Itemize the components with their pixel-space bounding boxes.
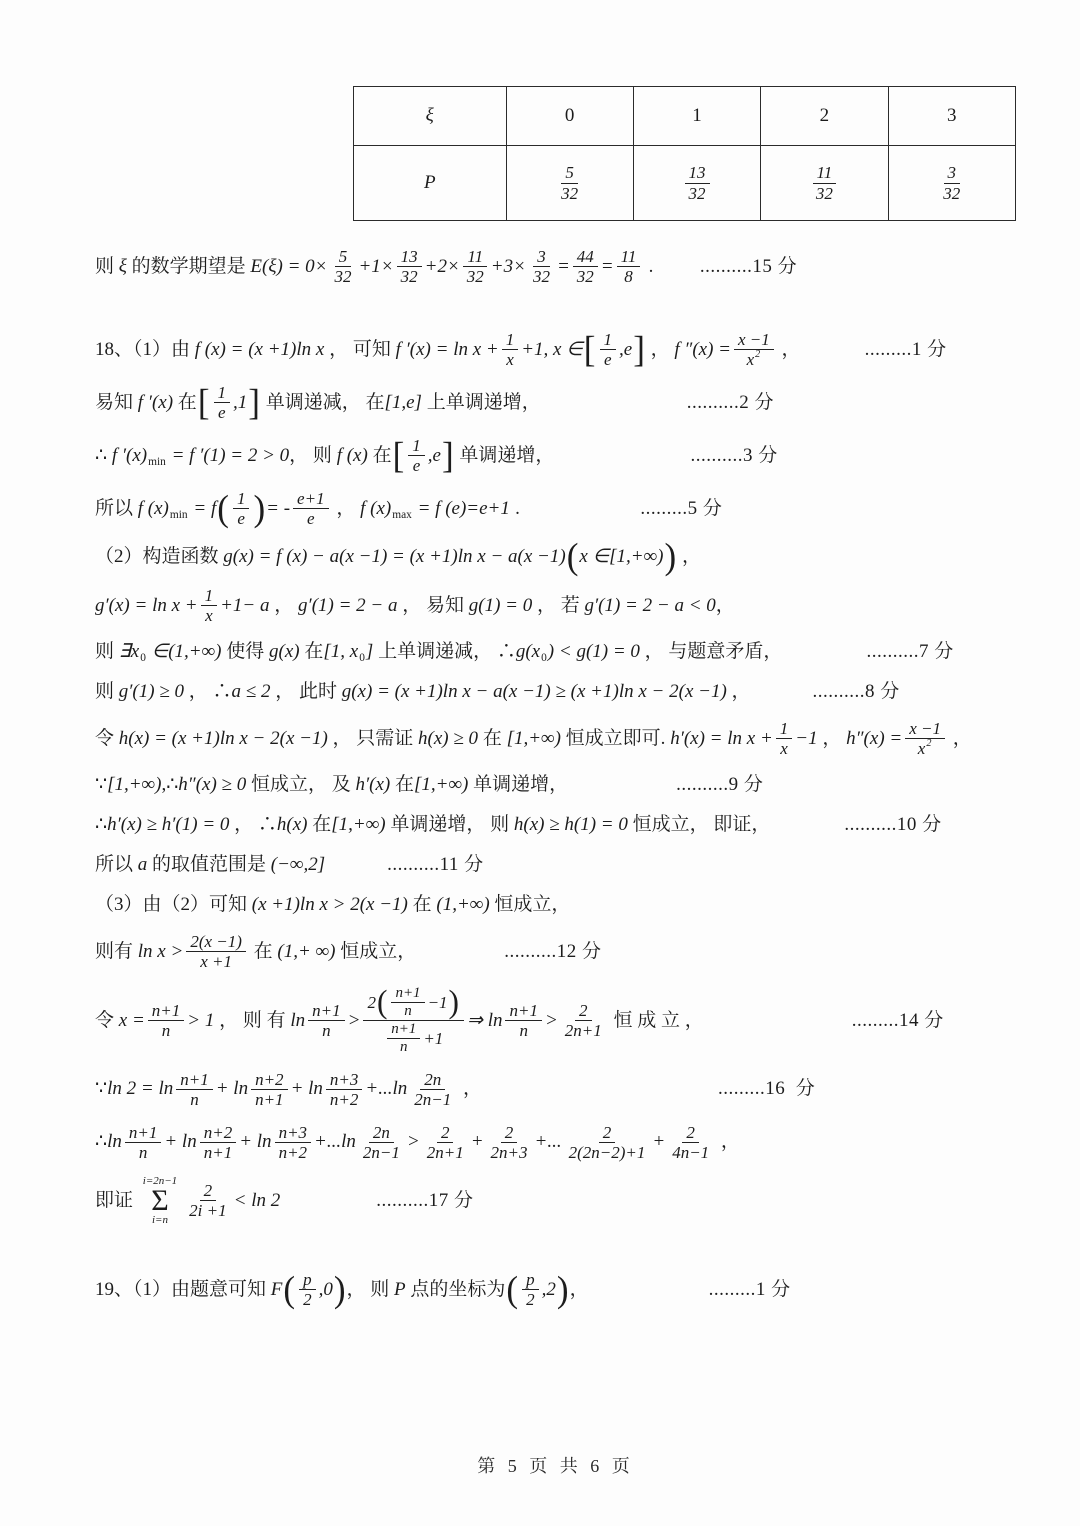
math-run: (1,+ ∞)	[277, 940, 335, 964]
superscript: 2	[755, 349, 760, 360]
subscript: max	[392, 508, 412, 522]
fraction-denominator: 32	[812, 184, 837, 203]
fraction-denominator: x	[201, 606, 217, 625]
xi-value-cell: 2	[761, 87, 888, 146]
score-mark: .........14 分	[852, 1009, 944, 1033]
fraction-denominator: n	[135, 1143, 152, 1162]
score-mark: ..........9 分	[676, 773, 763, 797]
fraction-numerator: 1	[502, 330, 519, 350]
fraction-numerator: n+1	[308, 1001, 344, 1021]
math-run: 11	[621, 247, 637, 266]
fraction: x −1x2	[734, 330, 774, 369]
solution-line: 所以 f (x)min = f(1e)= -e+1e ， f (x)max = …	[95, 489, 1016, 528]
fraction-denominator: e	[409, 456, 425, 475]
math-run: n+1	[509, 1001, 537, 1020]
fraction: 1x	[201, 586, 218, 625]
fraction-denominator: 32	[557, 184, 582, 203]
fraction: 2n2n−1	[359, 1123, 404, 1162]
solution-line: 19、（1）由题意可知 F(p2,0)， 则 P 点的坐标为(p2,2)，...…	[95, 1270, 1016, 1309]
fraction-numerator: 1	[408, 436, 425, 456]
subscript: min	[148, 455, 166, 469]
math-run: 1	[604, 330, 613, 349]
math-run: g′(x) = ln x +	[95, 594, 198, 618]
text-run: 即证	[95, 1189, 138, 1213]
text-run: 恒成立即可.	[561, 727, 670, 751]
text-run: 在	[408, 893, 437, 917]
solution-line: 易知 f ′(x) 在[1e,1] 单调递减， 在[1,e] 上单调递增，...…	[95, 383, 1016, 422]
math-run: ,1	[233, 391, 247, 415]
math-run: 1	[237, 489, 246, 508]
math-run: ,e	[619, 338, 632, 362]
solution-line: 18、（1）由 f (x) = (x +1)ln x ， 可知 f ′(x) =…	[95, 330, 1016, 369]
fraction-numerator: n+1	[387, 1021, 420, 1039]
fraction-denominator: x	[502, 350, 518, 369]
fraction: 22n+1	[561, 1001, 606, 1040]
math-run: > 1	[187, 1009, 214, 1033]
h-gap	[482, 1089, 718, 1090]
text-run: 19、（1）由题意可知	[95, 1278, 271, 1302]
page-footer: 第 5 页 共 6 页	[95, 1452, 1016, 1492]
math-run: ln	[107, 1130, 122, 1154]
score-mark: ..........12 分	[504, 940, 601, 964]
text-run: ， ∴	[229, 813, 277, 837]
text-run: ，	[270, 594, 299, 618]
h-gap	[589, 1289, 709, 1290]
text-run: 单调递增，	[468, 773, 568, 797]
math-run: 2(2n−2)+1	[569, 1143, 646, 1162]
text-run: 恒成立，	[335, 940, 416, 964]
math-run: +1, x ∈	[521, 338, 583, 362]
text-run: （3）由（2）可知	[95, 893, 252, 917]
math-run: g(x) = (x +1)ln x − a(x −1) ≥ (x +1)ln x…	[342, 680, 727, 704]
fraction-numerator: n+1	[148, 1001, 184, 1021]
math-run: h″(x) =	[846, 727, 902, 751]
math-run: ,0	[319, 1278, 333, 1302]
fraction: n+1n	[505, 1001, 541, 1040]
math-run: f (x)	[360, 497, 391, 521]
fraction: 532	[557, 163, 582, 202]
fraction: 118	[617, 247, 641, 286]
fraction-numerator: p	[522, 1270, 539, 1290]
math-run: x +1	[200, 952, 232, 971]
math-run: n+1	[180, 1070, 208, 1089]
fraction-numerator: 2n	[420, 1070, 445, 1090]
fraction-numerator: 1	[233, 489, 250, 509]
bracket: )	[449, 989, 459, 1017]
fraction: n+2n+1	[251, 1070, 287, 1109]
text-run: 上单调递增，	[422, 391, 541, 415]
text-run: ，	[777, 338, 801, 362]
document-page: ξ 0 1 2 3 P 532 1332 1132 332 则 ξ 的数学期望是…	[0, 0, 1080, 1526]
text-run: ，	[332, 497, 361, 521]
math-run: n	[404, 1003, 412, 1020]
math-run: n	[190, 1090, 199, 1109]
score-mark: ..........3 分	[690, 444, 777, 468]
xi-value-cell: 0	[506, 87, 633, 146]
fraction-denominator: x +1	[196, 952, 236, 971]
text-run: 恒成立，	[490, 893, 571, 917]
math-run: +1×	[358, 255, 393, 279]
fraction: 22i +1	[185, 1181, 230, 1220]
math-run: 2(x −1)	[190, 932, 242, 951]
text-run: ，	[458, 1077, 482, 1101]
math-run: >	[545, 1009, 558, 1033]
p-value-cell: 1332	[633, 146, 760, 221]
fraction: 1e	[408, 436, 425, 475]
math-run: (−∞,2]	[271, 853, 325, 877]
fraction-denominator: 8	[620, 267, 637, 286]
h-gap	[782, 652, 866, 653]
fraction-numerator: 2	[437, 1123, 454, 1143]
h-gap	[770, 825, 844, 826]
text-run: 在	[173, 391, 197, 415]
math-run: 8	[624, 267, 633, 286]
fraction: e+1e	[293, 489, 329, 528]
fraction: 1e	[233, 489, 250, 528]
xi-value-cell: 3	[888, 87, 1015, 146]
math-run: (x +1)ln x > 2(x −1)	[252, 893, 408, 917]
text-run: 在	[249, 940, 278, 964]
math-run: n+3	[330, 1070, 358, 1089]
h-gap	[554, 455, 690, 456]
text-run: ，	[727, 680, 751, 704]
fraction-denominator: n+1n+1	[380, 1021, 447, 1056]
text-run: ∴	[95, 444, 112, 468]
score-mark: .	[510, 497, 521, 521]
fraction: p2	[522, 1270, 539, 1309]
h-gap	[751, 692, 813, 693]
math-run: 5	[339, 247, 348, 266]
fraction-denominator: 32	[939, 184, 964, 203]
math-run: h(x) ≥ 0	[418, 727, 478, 751]
math-run: n+1	[391, 1021, 416, 1038]
bracket: ]	[248, 387, 260, 418]
p-value-cell: 1132	[761, 146, 888, 221]
h-gap	[541, 402, 687, 403]
fraction-denominator: e	[600, 350, 616, 369]
math-run: x ∈[1,+∞)	[579, 545, 663, 569]
solution-line: ∴h′(x) ≥ h′(1) = 0 ， ∴h(x) 在[1,+∞) 单调递增，…	[95, 812, 1016, 838]
fraction: n+3n+2	[275, 1123, 311, 1162]
fraction-denominator: e	[214, 403, 230, 422]
math-run: [1,+∞)	[331, 813, 385, 837]
bracket: ]	[633, 334, 645, 365]
math-run: ) < g(1) = 0	[548, 640, 640, 664]
fraction-denominator: n+1	[251, 1090, 287, 1109]
math-run: f ′(x)	[138, 391, 173, 415]
score-mark: ..........17 分	[376, 1189, 473, 1213]
solution-line: 则 g′(1) ≥ 0 ， ∴a ≤ 2 ， 此时 g(x) = (x +1)l…	[95, 679, 1016, 705]
math-run: =	[557, 255, 570, 279]
math-run: 2	[603, 1123, 612, 1142]
math-run: [1,+∞)	[507, 727, 561, 751]
math-run: +	[471, 1130, 484, 1154]
text-run: ，	[716, 594, 735, 618]
fraction: n+1n	[387, 1021, 420, 1056]
solution-line: 则 ξ 的数学期望是 E(ξ) = 0×532+1×1332+2×1132+3×…	[95, 247, 1016, 286]
text-run: ， 只需证	[328, 727, 418, 751]
math-run: p	[303, 1270, 312, 1289]
text-run: ，	[716, 1130, 740, 1154]
fraction-numerator: n+1	[391, 985, 424, 1003]
fraction-numerator: 2	[575, 1001, 592, 1021]
bracket: )	[334, 1274, 346, 1305]
fraction-denominator: x2	[914, 739, 937, 758]
fraction-denominator: 32	[529, 267, 554, 286]
h-gap	[325, 865, 387, 866]
solution-line: （3）由（2）可知 (x +1)ln x > 2(x −1) 在 (1,+∞) …	[95, 892, 1016, 918]
fraction-numerator: 2	[599, 1123, 616, 1143]
math-run: −1	[428, 993, 448, 1012]
math-run: x	[780, 739, 788, 758]
fraction-denominator: e	[303, 509, 319, 528]
math-run: 2n+1	[427, 1143, 464, 1162]
math-run: 1	[780, 719, 789, 738]
math-run: h′(x) = ln x +	[670, 727, 773, 751]
math-run: ,2	[542, 1278, 556, 1302]
text-run: ， 则 有	[214, 1009, 290, 1033]
fraction: n+1n	[308, 1001, 344, 1040]
text-run: 的数学期望是	[127, 255, 251, 279]
fraction-denominator: 32	[573, 267, 598, 286]
text-run: 则	[95, 680, 119, 704]
fraction: 1332	[685, 163, 710, 202]
math-run: ⇒ ln	[467, 1009, 502, 1033]
text-run: （2）构造函数	[95, 545, 223, 569]
solution-line: 令 h(x) = (x +1)ln x − 2(x −1) ， 只需证 h(x)…	[95, 719, 1016, 758]
fraction-numerator: x −1	[734, 330, 774, 350]
math-run: +...	[535, 1130, 562, 1154]
fraction-numerator: 44	[573, 247, 598, 267]
fraction: 2(x −1)x +1	[186, 932, 246, 971]
math-run: e+1	[297, 489, 325, 508]
math-run: −1	[795, 727, 817, 751]
math-run: x	[747, 350, 755, 369]
math-run: g(1) = 0	[469, 594, 532, 618]
math-run: = -	[266, 497, 290, 521]
score-mark: ..........7 分	[866, 640, 953, 664]
fraction: 1332	[397, 247, 422, 286]
fraction-denominator: 2n−1	[359, 1143, 404, 1162]
math-run: h(x)	[277, 813, 308, 837]
fraction-denominator: n	[318, 1021, 335, 1040]
solution-line: g′(x) = ln x +1x+1− a ， g′(1) = 2 − a ， …	[95, 586, 1016, 625]
text-run: ,∴	[161, 773, 178, 797]
math-run: ,e	[428, 444, 441, 468]
solution-line: ∵ln 2 = lnn+1n+ lnn+2n+1+ lnn+3n+2+...ln…	[95, 1070, 1016, 1109]
math-run: n+2	[204, 1123, 232, 1142]
p-value-cell: 532	[506, 146, 633, 221]
math-run: +...ln	[365, 1077, 407, 1101]
fraction: 1x	[776, 719, 793, 758]
math-run: 2	[367, 993, 376, 1012]
fraction: x −1x2	[905, 719, 945, 758]
solution-line: ∴ f ′(x)min = f ′(1) = 2 > 0， 则 f (x) 在[…	[95, 436, 1016, 475]
subscript: 0	[541, 651, 547, 665]
math-run: ln 2 = ln	[107, 1077, 173, 1101]
text-run: ，	[818, 727, 847, 751]
subscript: min	[170, 508, 188, 522]
math-run: x	[506, 350, 514, 369]
math-run: 32	[533, 267, 550, 286]
text-run: 则	[95, 255, 119, 279]
math-run: h′(x)	[355, 773, 390, 797]
math-run: + ln	[239, 1130, 271, 1154]
math-run: n+3	[279, 1123, 307, 1142]
text-run: 单调递减， 在	[261, 391, 385, 415]
bracket: (	[567, 542, 579, 573]
math-run: h(x) ≥ h(1) = 0	[514, 813, 628, 837]
math-run: ln x >	[138, 940, 184, 964]
math-run: 2	[303, 1290, 312, 1309]
math-run: e	[604, 350, 612, 369]
math-run: [1, x	[323, 640, 358, 664]
math-run: (1,+∞)	[436, 893, 489, 917]
fraction-denominator: 32	[463, 267, 488, 286]
fraction-denominator: 32	[397, 267, 422, 286]
text-run: 则	[95, 640, 119, 664]
math-run: f ′(x)	[112, 444, 147, 468]
fraction: n+1n	[176, 1070, 212, 1109]
fraction-denominator: n	[158, 1021, 175, 1040]
text-run: 恒成立， 即证，	[628, 813, 771, 837]
score-mark: ..........8 分	[813, 680, 900, 704]
math-run: 11	[467, 247, 483, 266]
fraction-numerator: 13	[685, 163, 710, 183]
xi-value-cell: 1	[633, 87, 760, 146]
fraction-denominator: 2n+3	[487, 1143, 532, 1162]
math-run: f (x)	[138, 497, 169, 521]
text-run: ∴	[95, 813, 107, 837]
fraction-numerator: n+1	[505, 1001, 541, 1021]
fraction-numerator: 11	[813, 163, 837, 183]
math-run: +3×	[491, 255, 526, 279]
text-run: 恒 成 立 ，	[609, 1009, 704, 1033]
fraction-numerator: 11	[617, 247, 641, 267]
text-run: ，	[570, 1278, 589, 1302]
fraction-numerator: 2	[200, 1181, 217, 1201]
solution-line: 令 x =n+1n> 1 ， 则 有 lnn+1n>2(n+1n−1)n+1n+…	[95, 985, 1016, 1055]
text-run: 所以	[95, 497, 138, 521]
text-run: ， ∴	[184, 680, 232, 704]
fraction-numerator: e+1	[293, 489, 329, 509]
fraction-denominator: 2n+1	[561, 1021, 606, 1040]
math-run: 2	[204, 1181, 213, 1200]
math-run: x −1	[909, 719, 941, 738]
solution-line: 即证 i=2n−1Σi=n22i +1< ln 2..........17 分	[95, 1176, 1016, 1227]
math-run: a	[138, 853, 148, 877]
h-gap	[568, 785, 676, 786]
math-run: 4n−1	[672, 1143, 709, 1162]
math-run: + ln	[164, 1130, 196, 1154]
math-run: 1	[412, 436, 421, 455]
math-run: n	[400, 1039, 408, 1056]
fraction-numerator: 1	[201, 586, 218, 606]
math-run: 2n+3	[491, 1143, 528, 1162]
score-mark: .........1 分	[709, 1278, 791, 1302]
math-run: f ′(x) = ln x +	[396, 338, 499, 362]
fraction-numerator: 5	[561, 163, 578, 183]
fraction: n+3n+2	[326, 1070, 362, 1109]
math-run: E(ξ) = 0×	[250, 255, 327, 279]
fraction-denominator: n	[400, 1003, 416, 1020]
fraction: n+1n	[148, 1001, 184, 1040]
fraction-numerator: 13	[397, 247, 422, 267]
text-run: 在	[300, 640, 324, 664]
math-run: n+1	[129, 1123, 157, 1142]
text-run: 在	[368, 444, 392, 468]
text-run: ，	[646, 338, 675, 362]
math-run: 44	[577, 247, 594, 266]
math-run: = f ′(1) = 2 > 0	[167, 444, 289, 468]
math-run: g′(1) = 2 − a	[298, 594, 397, 618]
math-run: 1	[218, 383, 227, 402]
fraction-numerator: 2n	[369, 1123, 394, 1143]
subscript: 0	[140, 651, 146, 665]
math-run: x =	[119, 1009, 145, 1033]
score-mark: ..........15 分	[700, 255, 797, 279]
math-run: e	[413, 456, 421, 475]
fraction: n+1n	[125, 1123, 161, 1162]
math-run: h(x) = (x +1)ln x − 2(x −1)	[119, 727, 328, 751]
fraction-numerator: 2	[501, 1123, 518, 1143]
math-run: ∃x	[119, 640, 139, 664]
text-run: ∵	[95, 1077, 107, 1101]
p-value-cell: 332	[888, 146, 1015, 221]
text-run: 单调递增，	[455, 444, 555, 468]
bracket: ]	[442, 440, 454, 471]
score-mark: ..........10 分	[844, 813, 941, 837]
solution-line: 则 ∃x0 ∈(1,+∞) 使得 g(x) 在[1, x0] 上单调递减， ∴g…	[95, 639, 1016, 665]
text-run: ∴	[95, 1130, 107, 1154]
summation: i=2n−1Σi=n	[143, 1176, 177, 1227]
math-run: n	[322, 1021, 331, 1040]
text-run: ，	[948, 727, 972, 751]
math-run: 2	[686, 1123, 695, 1142]
math-run: 32	[334, 267, 351, 286]
text-run: ∵	[95, 773, 107, 797]
text-run: 单调递增， 则	[386, 813, 514, 837]
fraction: 22n+1	[423, 1123, 468, 1162]
math-run: f (x) = (x +1)ln x	[195, 338, 325, 362]
math-run: 2	[441, 1123, 450, 1142]
text-run: 则有	[95, 940, 138, 964]
fraction-numerator: 3	[944, 163, 961, 183]
text-run: ， 若	[532, 594, 584, 618]
math-run: g(x) = f (x) − a(x −1) = (x +1)ln x − a(…	[223, 545, 565, 569]
h-gap	[704, 1020, 852, 1021]
fraction-denominator: n+2	[275, 1143, 311, 1162]
text-run: 18、（1）由	[95, 338, 195, 362]
math-run: +...ln	[314, 1130, 356, 1154]
math-run: n+2	[330, 1090, 358, 1109]
h-gap	[654, 266, 700, 267]
math-run: 1	[205, 586, 214, 605]
text-run: ， 此时	[270, 680, 341, 704]
h-gap	[520, 508, 640, 509]
fraction-numerator: p	[299, 1270, 316, 1290]
fraction-denominator: 32	[330, 267, 355, 286]
math-run: 2n+1	[565, 1021, 602, 1040]
fraction-numerator: n+2	[200, 1123, 236, 1143]
math-run: 13	[401, 247, 418, 266]
fraction-denominator: 32	[685, 184, 710, 203]
text-run: 使得	[222, 640, 270, 664]
fraction: 2(n+1n−1)n+1n+1	[363, 985, 464, 1055]
math-run: 32	[577, 267, 594, 286]
math-run: n	[139, 1143, 148, 1162]
fraction: 4432	[573, 247, 598, 286]
